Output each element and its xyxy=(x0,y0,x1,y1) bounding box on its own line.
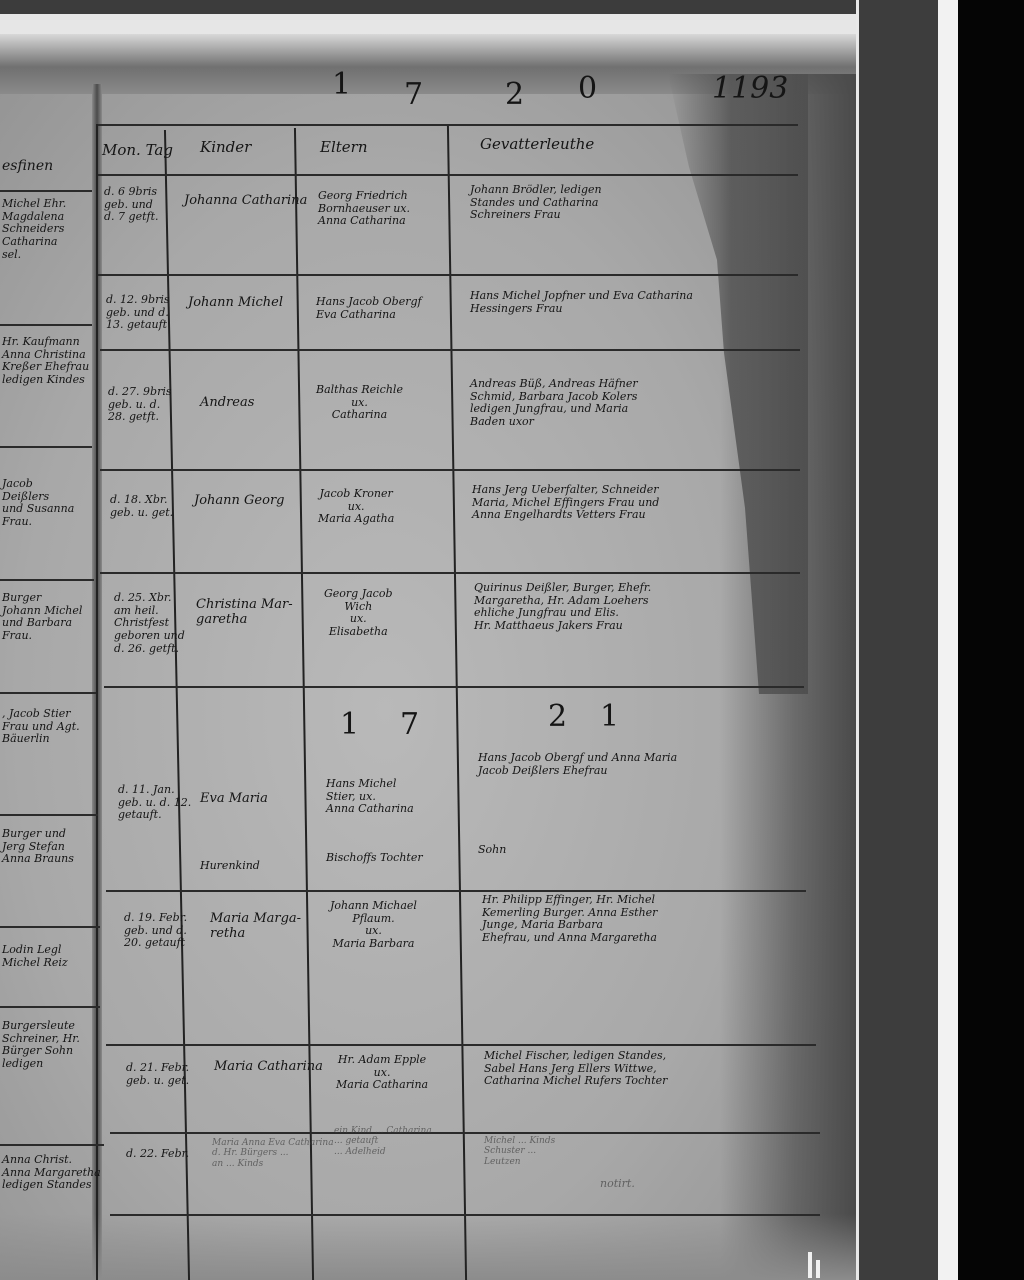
entry-6-godparents-note: Sohn xyxy=(478,844,506,857)
left-strip-8: Burgersleute Schreiner, Hr. Bürger Sohn … xyxy=(2,1020,80,1071)
entry-6-child-note: Hurenkind xyxy=(200,860,260,873)
left-strip-3: Jacob Deißlers und Susanna Frau. xyxy=(2,478,74,529)
left-strip-7: Lodin Legl Michel Reiz xyxy=(2,944,68,969)
left-strip-2: Hr. Kaufmann Anna Christina Kreßer Ehefr… xyxy=(2,336,89,387)
entry-4-date: d. 18. Xbr. geb. u. get. xyxy=(110,494,173,519)
entry-7-parents: Johann Michael Pflaum. ux. Maria Barbara xyxy=(330,900,417,951)
year-digit-1: 1 xyxy=(332,68,351,103)
entry-6-godparents: Hans Jacob Obergf und Anna Maria Jacob D… xyxy=(478,752,677,777)
entry-8-parents: Hr. Adam Epple ux. Maria Catharina xyxy=(336,1054,428,1092)
row-line-8 xyxy=(110,1132,820,1134)
row-line-1 xyxy=(98,274,798,276)
year-mid-digit-4: 1 xyxy=(600,700,619,735)
column-line-3 xyxy=(447,126,467,1280)
entry-9-parents: ein Kind ... Catharina ... getauft ... A… xyxy=(334,1126,432,1157)
entry-7-godparents: Hr. Philipp Effinger, Hr. Michel Kemerli… xyxy=(482,894,657,945)
film-scratch-marks xyxy=(808,1252,826,1280)
entry-1-child: Johanna Catharina xyxy=(184,194,307,209)
row-line-header-bottom xyxy=(98,174,798,176)
left-strip-6: Burger und Jerg Stefan Anna Brauns xyxy=(2,828,74,866)
entry-2-date: d. 12. 9bris geb. und d. 13. getauft xyxy=(106,294,170,332)
row-line-6 xyxy=(106,890,806,892)
entry-2-parents: Hans Jacob Obergf Eva Catharina xyxy=(316,296,422,321)
entry-3-date: d. 27. 9bris geb. u. d. 28. getft. xyxy=(108,386,172,424)
entry-8-child: Maria Catharina xyxy=(214,1060,323,1075)
year-digit-2: 7 xyxy=(404,78,423,113)
year-digit-3: 2 xyxy=(505,78,524,113)
entry-9-godparents: Michel ... Kinds Schuster ... Leutzen xyxy=(484,1136,555,1167)
left-strip-line-5 xyxy=(0,692,96,694)
header-parents: Eltern xyxy=(320,139,367,156)
row-line-2 xyxy=(100,349,800,351)
page-right-shadow xyxy=(720,74,856,1280)
page-bottom-shadow xyxy=(0,1214,856,1280)
entry-4-godparents: Hans Jerg Ueberfalter, Schneider Maria, … xyxy=(472,484,659,522)
left-strip-5: , Jacob Stier Frau und Agt. Bäuerlin xyxy=(2,708,80,746)
entry-2-child: Johann Michel xyxy=(188,296,283,311)
left-strip-line-8 xyxy=(0,1006,100,1008)
row-line-5 xyxy=(104,686,804,688)
film-border-white xyxy=(938,0,958,1280)
entry-8-date: d. 21. Febr. geb. u. get. xyxy=(126,1062,189,1087)
year-mid-digit-2: 7 xyxy=(400,708,419,743)
year-mid-digit-1: 1 xyxy=(340,708,359,743)
entry-8-godparents: Michel Fischer, ledigen Standes, Sabel H… xyxy=(484,1050,667,1088)
entry-9-date: d. 22. Febr. xyxy=(126,1148,189,1161)
entry-7-date: d. 19. Febr. geb. und d. 20. getauft xyxy=(124,912,187,950)
entry-5-date: d. 25. Xbr. am heil. Christfest geboren … xyxy=(114,592,185,655)
entry-3-child: Andreas xyxy=(200,396,254,411)
left-strip-4: Burger Johann Michel und Barbara Frau. xyxy=(2,592,82,643)
left-strip-line-2 xyxy=(0,324,92,326)
entry-1-parents: Georg Friedrich Bornhaeuser ux. Anna Cat… xyxy=(318,190,410,228)
left-strip-line-6 xyxy=(0,814,98,816)
entry-9-godparents-note: notirt. xyxy=(600,1178,635,1191)
film-border-black xyxy=(958,0,1024,1280)
year-digit-4: 0 xyxy=(578,72,597,107)
left-strip-line-9 xyxy=(0,1144,104,1146)
header-child: Kinder xyxy=(200,139,251,156)
entry-5-parents: Georg Jacob Wich ux. Elisabetha xyxy=(324,588,393,639)
row-line-4 xyxy=(100,572,800,574)
left-strip-line-1 xyxy=(0,190,92,192)
left-strip-1: Michel Ehr. Magdalena Schneiders Cathari… xyxy=(2,198,66,261)
entry-1-date: d. 6 9bris geb. und d. 7 getft. xyxy=(104,186,159,224)
register-page: 1 7 2 0 1193 Mon. Tag Kinder Eltern Geva… xyxy=(0,14,856,1280)
entry-6-child: Eva Maria xyxy=(200,792,268,807)
entry-2-godparents: Hans Michel Jopfner und Eva Catharina He… xyxy=(470,290,693,315)
film-edge-line xyxy=(856,0,859,1280)
header-date: Mon. Tag xyxy=(102,142,173,159)
row-line-header-top xyxy=(98,124,798,126)
left-strip-header: esfinen xyxy=(2,158,53,174)
entry-6-parents-note: Bischoffs Tochter xyxy=(326,852,423,865)
header-godparents: Gevatterleuthe xyxy=(480,136,594,153)
column-line-0 xyxy=(96,124,98,1280)
row-line-3 xyxy=(100,469,800,471)
entry-1-godparents: Johann Brödler, ledigen Standes und Cath… xyxy=(470,184,602,222)
left-strip-9: Anna Christ. Anna Margaretha ledigen Sta… xyxy=(2,1154,101,1192)
entry-4-child: Johann Georg xyxy=(194,494,284,509)
entry-7-child: Maria Marga- retha xyxy=(210,912,301,942)
entry-6-parents: Hans Michel Stier, ux. Anna Catharina xyxy=(326,778,414,816)
left-strip-line-7 xyxy=(0,926,100,928)
entry-3-godparents: Andreas Büß, Andreas Häfner Schmid, Barb… xyxy=(470,378,638,429)
film-border-dark xyxy=(860,0,940,1280)
entry-4-parents: Jacob Kroner ux. Maria Agatha xyxy=(318,488,394,526)
entry-3-parents: Balthas Reichle ux. Catharina xyxy=(316,384,403,422)
row-line-7 xyxy=(106,1044,816,1046)
year-mid-digit-3: 2 xyxy=(548,700,567,735)
left-strip-line-3 xyxy=(0,446,92,448)
page-number: 1193 xyxy=(712,72,788,107)
entry-6-date: d. 11. Jan. geb. u. d. 12. getauft. xyxy=(118,784,191,822)
entry-5-godparents: Quirinus Deißler, Burger, Ehefr. Margare… xyxy=(474,582,651,633)
entry-5-child: Christina Mar- garetha xyxy=(196,598,293,628)
left-strip-line-4 xyxy=(0,579,94,581)
row-line-9 xyxy=(110,1214,820,1216)
column-line-2 xyxy=(294,128,314,1280)
entry-9-child: Maria Anna Eva Catharina d. Hr. Bürgers … xyxy=(212,1138,334,1169)
